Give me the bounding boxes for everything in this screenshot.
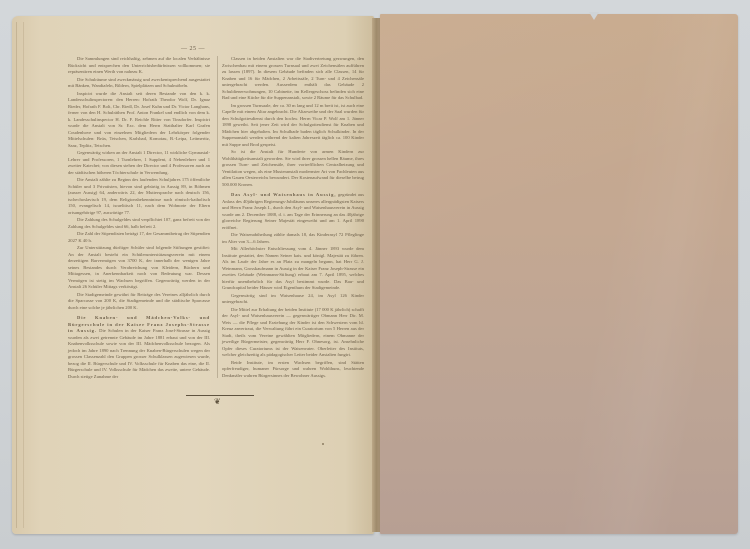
paragraph: Die Mittel zur Erhaltung der beiden Inst… [222,307,364,359]
ornament-divider: ❦ [180,392,260,406]
paragraph: Die Zahl der Stipendisten beträgt 17, de… [68,231,210,244]
paragraph: Gegenwärtig sind im Waisenhause 24, im A… [222,293,364,306]
paragraph: Mit Allerhöchster Entschliessung vom 4. … [222,246,364,292]
paragraph: Inspicirt wurde die Anstalt seit deren B… [68,91,210,150]
paragraph: Zur Unterstützung dürftiger Schüler sind… [68,245,210,291]
section-paragraph: Das Asyl- und Waisenhaus in Aussig, gegr… [222,192,364,231]
paragraph: So ist die Anstalt für Hunderte von arme… [222,149,364,188]
page-number: — 25 — [12,46,374,52]
paragraph: Classen in beiden Anstalten war die Stad… [222,56,364,102]
section-text: gegründet aus Anlass des 40jährigen Regi… [222,192,364,230]
paragraph: Die Zahlung des Schulgeldes sind verpfli… [68,217,210,230]
text-column-right: Classen in beiden Anstalten war die Stad… [222,56,364,380]
section-text: Die Schulen in der Kaiser Franz Josef-St… [68,328,210,379]
section-paragraph: Die Knaben- und Mädchen-Volks- und Bürge… [68,315,210,380]
paragraph: Die Stadtgemeinde gewährt für Beiträge d… [68,292,210,312]
text-column-left: Die Sammlungen sind reichhaltig, zehmen … [68,56,210,381]
right-page-blank [380,14,738,534]
paragraph: Die Anstalt zählte zu Beginn des laufend… [68,177,210,216]
section-heading: Das Asyl- und Waisenhaus in Aussig, [231,192,336,197]
paragraph: Die Sammlungen sind reichhaltig, zehmen … [68,56,210,76]
paragraph: Gegenwärtig wirken an der Anstalt 1 Dire… [68,150,210,176]
paper-spot [322,443,324,445]
paragraph: Die Waisenabtheilung zählte damals 18, d… [222,232,364,245]
left-page: — 25 — Die Sammlungen sind reichhaltig, … [12,16,374,534]
paper-notch [589,12,599,20]
paper-crease [380,14,738,534]
ornament-rule [186,395,254,396]
flourish-icon: ❦ [214,397,221,406]
paragraph: Die Schulräume sind zweckmässig und zwec… [68,77,210,90]
column-divider [217,56,218,378]
paragraph: Im grossen Turnsaale, der ca. 30 m lang … [222,103,364,149]
paragraph: Beide Institute, im ersten Wachsen begri… [222,360,364,380]
